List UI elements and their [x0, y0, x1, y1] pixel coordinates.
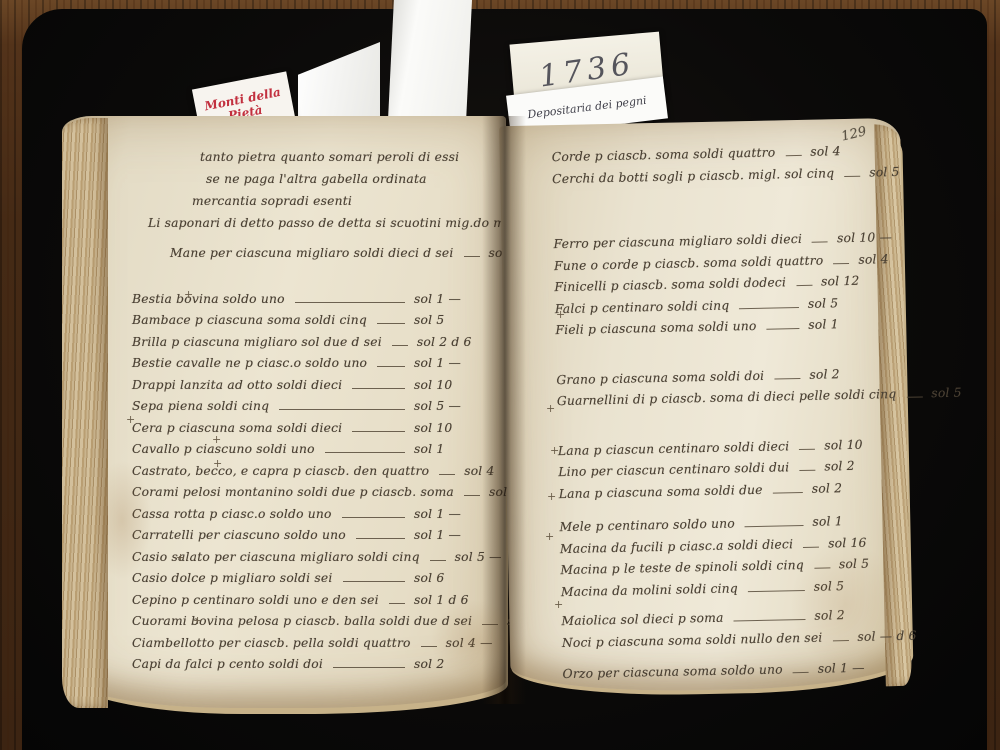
entry-row: Cepino p centinaro soldi uno e den seiso… — [132, 593, 480, 615]
entry-amount: sol — d 6 — [857, 628, 923, 643]
entry-amount: sol 5 — [414, 313, 480, 327]
entry-amount: sol 2 — [809, 366, 875, 381]
entry-dash — [352, 431, 405, 432]
entry-amount: sol 5 — [839, 556, 905, 571]
entry-row: Ciambellotto per ciascb. pella soldi qua… — [132, 636, 480, 658]
entry-dash — [745, 525, 804, 527]
entry-text: Macina da molini soldi cinq — [561, 581, 738, 599]
entry-row: Capi da falci p cento soldi doisol 2 — [132, 657, 480, 679]
entry-text: Cepino p centinaro soldi uno e den sei — [132, 593, 379, 607]
entry-dash — [333, 667, 405, 668]
entry-dash — [833, 262, 849, 263]
entry-text: Mane per ciascuna migliaro soldi dieci d… — [170, 246, 454, 260]
entry-dash — [793, 672, 809, 673]
entry-row: Cera p ciascuna soma soldi diecisol 10 — [132, 421, 480, 443]
entry-text: Casio dolce p migliaro soldi sei — [132, 571, 333, 585]
entry-text: Castrato, becco, e capra p ciascb. den q… — [132, 464, 429, 478]
entry-amount: sol 1 — — [414, 528, 480, 542]
margin-cross-icon: + — [547, 490, 556, 503]
rate-line: Mane per ciascuna migliaro soldi dieci d… — [132, 246, 480, 268]
entry-amount: sol 6 — [414, 571, 480, 585]
entry-dash — [803, 546, 819, 547]
entry-amount: sol 1 — — [414, 356, 480, 370]
entry-row: Cavallo p ciascuno soldi unosol 1 — [132, 442, 480, 464]
entry-text: Bestie cavalle ne p ciasc.o soldo uno — [132, 356, 367, 370]
entry-text: Lana p ciascuna soma soldi due — [559, 482, 763, 500]
margin-cross-icon: + — [554, 598, 563, 611]
entry-text: Mele p centinaro soldo uno — [559, 516, 735, 534]
entry-amount: sol 2 — [824, 458, 890, 473]
entry-dash — [389, 603, 405, 604]
entry-row: Drappi lanzita ad otto soldi diecisol 10 — [132, 378, 480, 400]
margin-cross-icon: + — [126, 413, 135, 426]
entry-row: Corami pelosi montanino soldi due p cias… — [132, 485, 480, 507]
entry-group: Lana p ciascun centinaro soldi diecisol … — [558, 437, 878, 508]
entry-dash — [844, 175, 860, 176]
entry-amount: sol 10 — — [837, 230, 903, 245]
entry-text: Cuorami bovina pelosa p ciascb. balla so… — [132, 614, 472, 628]
entry-amount: sol 1 — [812, 513, 878, 528]
manuscript-line: Li saponari di detto passo de detta si s… — [132, 216, 480, 238]
entry-amount: sol 1 — [808, 316, 874, 331]
entry-row: Bestie cavalle ne p ciasc.o soldo unosol… — [132, 356, 480, 378]
entry-text: Cassa rotta p ciasc.o soldo uno — [132, 507, 332, 521]
entry-dash — [796, 285, 812, 286]
entry-amount: sol 12 — [821, 273, 887, 288]
folio-number: 129 — [840, 124, 868, 144]
margin-cross-icon: + — [550, 444, 559, 457]
entry-dash — [464, 495, 480, 496]
entry-dash — [352, 388, 405, 389]
entry-amount: sol 1 — — [818, 660, 884, 675]
entry-amount: sol 10 — [824, 437, 890, 452]
entry-group: Ferro per ciascuna migliaro soldi diecis… — [553, 230, 874, 344]
entry-dash — [774, 378, 800, 380]
entry-group: Maiolica sol dieci p somasol 2 Noci p ci… — [561, 607, 881, 688]
entry-amount: sol 2 — [814, 607, 880, 622]
entry-dash — [439, 474, 455, 475]
entry-amount: sol 5 — [869, 164, 935, 179]
manuscript-photo: 1736 Depositaria dei pegni Monti della P… — [0, 0, 1000, 750]
entry-amount: sol 4 — — [446, 636, 512, 650]
margin-cross-icon: + — [212, 433, 221, 446]
entry-amount: sol 1 — — [414, 507, 480, 521]
manuscript-line: mercantia sopradi esenti — [132, 194, 480, 216]
entry-dash — [377, 323, 405, 324]
entry-group: Corde p ciascb. soma soldi quattrosol 4 … — [552, 143, 872, 193]
entry-row: Bambace p ciascuna soma soldi cinqsol 5 — [132, 313, 480, 335]
entry-amount: sol 1 d 6 — [414, 593, 480, 607]
entry-row: Cuorami bovina pelosa p ciascb. balla so… — [132, 614, 480, 636]
entry-dash — [377, 366, 405, 367]
entry-text: Bestia bovina soldo uno — [132, 292, 285, 306]
entry-dash — [812, 241, 828, 242]
entry-dash — [814, 567, 830, 568]
entry-amount: sol 1 — [414, 442, 480, 456]
entry-amount: sol 2 d 6 — [417, 335, 483, 349]
entry-dash — [748, 589, 805, 591]
left-entry-list: Bestia bovina soldo unosol 1 — Bambace p… — [132, 292, 480, 679]
entry-dash — [356, 538, 405, 539]
margin-cross-icon: + — [545, 530, 554, 543]
entry-text: Maiolica sol dieci p soma — [561, 611, 723, 628]
entry-dash — [739, 307, 799, 309]
margin-cross-icon: + — [546, 402, 555, 415]
entry-amount: sol 5 — — [414, 399, 480, 413]
archive-label-text: Depositaria dei pegni — [527, 93, 647, 120]
entry-dash — [421, 646, 437, 647]
left-page: tanto pietra quanto somari peroli di ess… — [62, 116, 506, 708]
entry-group: Mele p centinaro soldo unosol 1 Macina d… — [559, 513, 880, 606]
entry-text: Grano p ciascuna soma soldi doi — [556, 368, 764, 386]
entry-dash — [734, 619, 806, 622]
margin-cross-icon: + — [184, 288, 193, 301]
entry-text: Falci p centinaro soldi cinq — [555, 298, 730, 316]
entry-dash — [833, 640, 849, 641]
entry-dash — [430, 560, 446, 561]
entry-amount: sol 4 — [858, 251, 924, 266]
entry-dash — [295, 302, 405, 303]
entry-amount: sol 1 — — [414, 292, 480, 306]
entry-dash — [464, 256, 480, 257]
entry-amount: sol 16 — [828, 535, 894, 550]
entry-dash — [279, 409, 405, 410]
entry-dash — [785, 155, 801, 156]
entry-group: Grano p ciascuna soma soldi doisol 2 Gua… — [556, 366, 876, 416]
entry-text: Corde p ciascb. soma soldi quattro — [552, 145, 776, 164]
entry-row: Carratelli per ciascuno soldo unosol 1 — — [132, 528, 480, 550]
entry-row: Casio dolce p migliaro soldi seisol 6 — [132, 571, 480, 593]
entry-dash — [342, 517, 405, 518]
entry-dash — [767, 328, 800, 330]
entry-dash — [773, 491, 803, 493]
entry-text: Cera p ciascuna soma soldi dieci — [132, 421, 342, 435]
entry-text: Cavallo p ciascuno soldi uno — [132, 442, 315, 456]
entry-amount: sol 5 — [808, 295, 874, 310]
entry-row: Castrato, becco, e capra p ciascb. den q… — [132, 464, 480, 486]
entry-row: Sepa piena soldi cinqsol 5 — — [132, 399, 480, 421]
entry-amount: sol 5 — [931, 385, 997, 400]
entry-text: Ferro per ciascuna migliaro soldi dieci — [553, 232, 802, 251]
margin-cross-icon: + — [176, 551, 185, 564]
entry-text: Drappi lanzita ad otto soldi dieci — [132, 378, 342, 392]
manuscript-line: tanto pietra quanto somari peroli di ess… — [132, 150, 480, 172]
entry-row: Cassa rotta p ciasc.o soldo unosol 1 — — [132, 507, 480, 529]
entry-dash — [392, 345, 408, 346]
entry-dash — [325, 452, 405, 453]
entry-text: Corami pelosi montanino soldi due p cias… — [132, 485, 454, 499]
entry-dash — [343, 581, 406, 582]
entry-dash — [482, 624, 498, 625]
right-page-text: Corde p ciascb. soma soldi quattrosol 4 … — [552, 143, 882, 688]
entry-amount: sol 10 — [414, 378, 480, 392]
entry-text: Carratelli per ciascuno soldo uno — [132, 528, 346, 542]
entry-text: Orzo per ciascuna soma soldo uno — [562, 662, 782, 681]
bookmark-strip-tall — [388, 0, 472, 120]
entry-text: Brilla p ciascuna migliaro sol due d sei — [132, 335, 382, 349]
entry-dash — [799, 470, 815, 471]
entry-row: Brilla p ciascuna migliaro sol due d sei… — [132, 335, 480, 357]
entry-text: Fieli p ciascuna soma soldi uno — [555, 319, 756, 337]
entry-dash — [799, 448, 815, 449]
entry-amount: sol 4 — [810, 143, 876, 158]
entry-text: Bambace p ciascuna soma soldi cinq — [132, 313, 367, 327]
entry-text: Ciambellotto per ciascb. pella soldi qua… — [132, 636, 411, 650]
manuscript-line: se ne paga l'altra gabella ordinata — [132, 172, 480, 194]
left-page-text: tanto pietra quanto somari peroli di ess… — [132, 150, 480, 679]
entry-amount: sol 10 — [414, 421, 480, 435]
entry-text: Sepa piena soldi cinq — [132, 399, 269, 413]
entry-amount: sol 2 — [414, 657, 480, 671]
margin-cross-icon: + — [213, 457, 222, 470]
page-edge-stack-left — [62, 118, 108, 708]
entry-text: Lana p ciascun centinaro soldi dieci — [558, 439, 790, 458]
margin-cross-icon: + — [556, 308, 565, 321]
entry-text: Capi da falci p cento soldi doi — [132, 657, 323, 671]
entry-amount: sol 2 — [812, 480, 878, 495]
margin-cross-icon: + — [193, 614, 202, 627]
entry-amount: sol 5 — [814, 578, 880, 593]
